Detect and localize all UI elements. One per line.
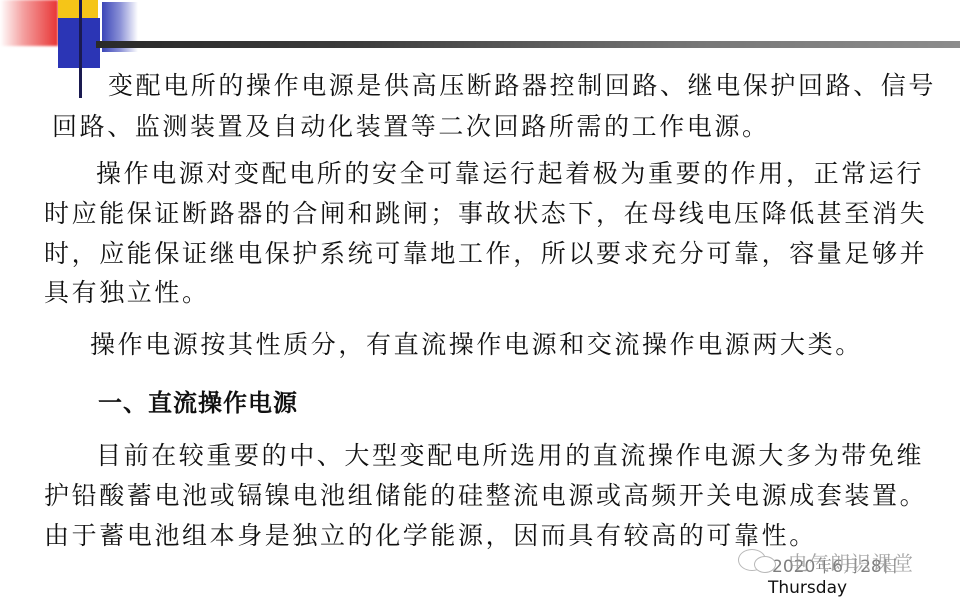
paragraph-line: 回路、监测装置及自动化装置等二次回路所需的工作电源。: [52, 107, 770, 146]
vertical-accent-line: [79, 0, 82, 98]
wechat-icon-bubble: [754, 556, 776, 573]
yellow-square: [58, 0, 98, 18]
paragraph-line: 目前在较重要的中、大型变配电所选用的直流操作电源大多为带免维: [96, 436, 924, 475]
paragraph-line: 变配电所的操作电源是供高压断路器控制回路、继电保护回路、信号: [108, 66, 936, 105]
paragraph-line: 由于蓄电池组本身是独立的化学能源，因而具有较高的可靠性。: [44, 516, 817, 555]
title-bar-line: [96, 41, 960, 48]
paragraph-line: 时应能保证断路器的合闸和跳闸；事故状态下，在母线电压降低甚至消失: [44, 194, 927, 233]
paragraph-line: 操作电源对变配电所的安全可靠运行起着极为重要的作用，正常运行: [96, 154, 924, 193]
slide-weekday: Thursday: [768, 578, 847, 598]
paragraph-line: 时，应能保证继电保护系统可靠地工作，所以要求充分可靠，容量足够并: [44, 234, 927, 273]
section-heading: 一、直流操作电源: [98, 383, 298, 418]
paragraph-line: 具有独立性。: [44, 273, 210, 312]
paragraph-line: 护铅酸蓄电池或镉镍电池组储能的硅整流电源或高频开关电源成套装置。: [44, 476, 927, 515]
watermark-text: 电气朗识课堂: [788, 547, 914, 576]
paragraph-line: 操作电源按其性质分，有直流操作电源和交流操作电源两大类。: [90, 325, 863, 364]
red-gradient-square: [0, 0, 58, 46]
